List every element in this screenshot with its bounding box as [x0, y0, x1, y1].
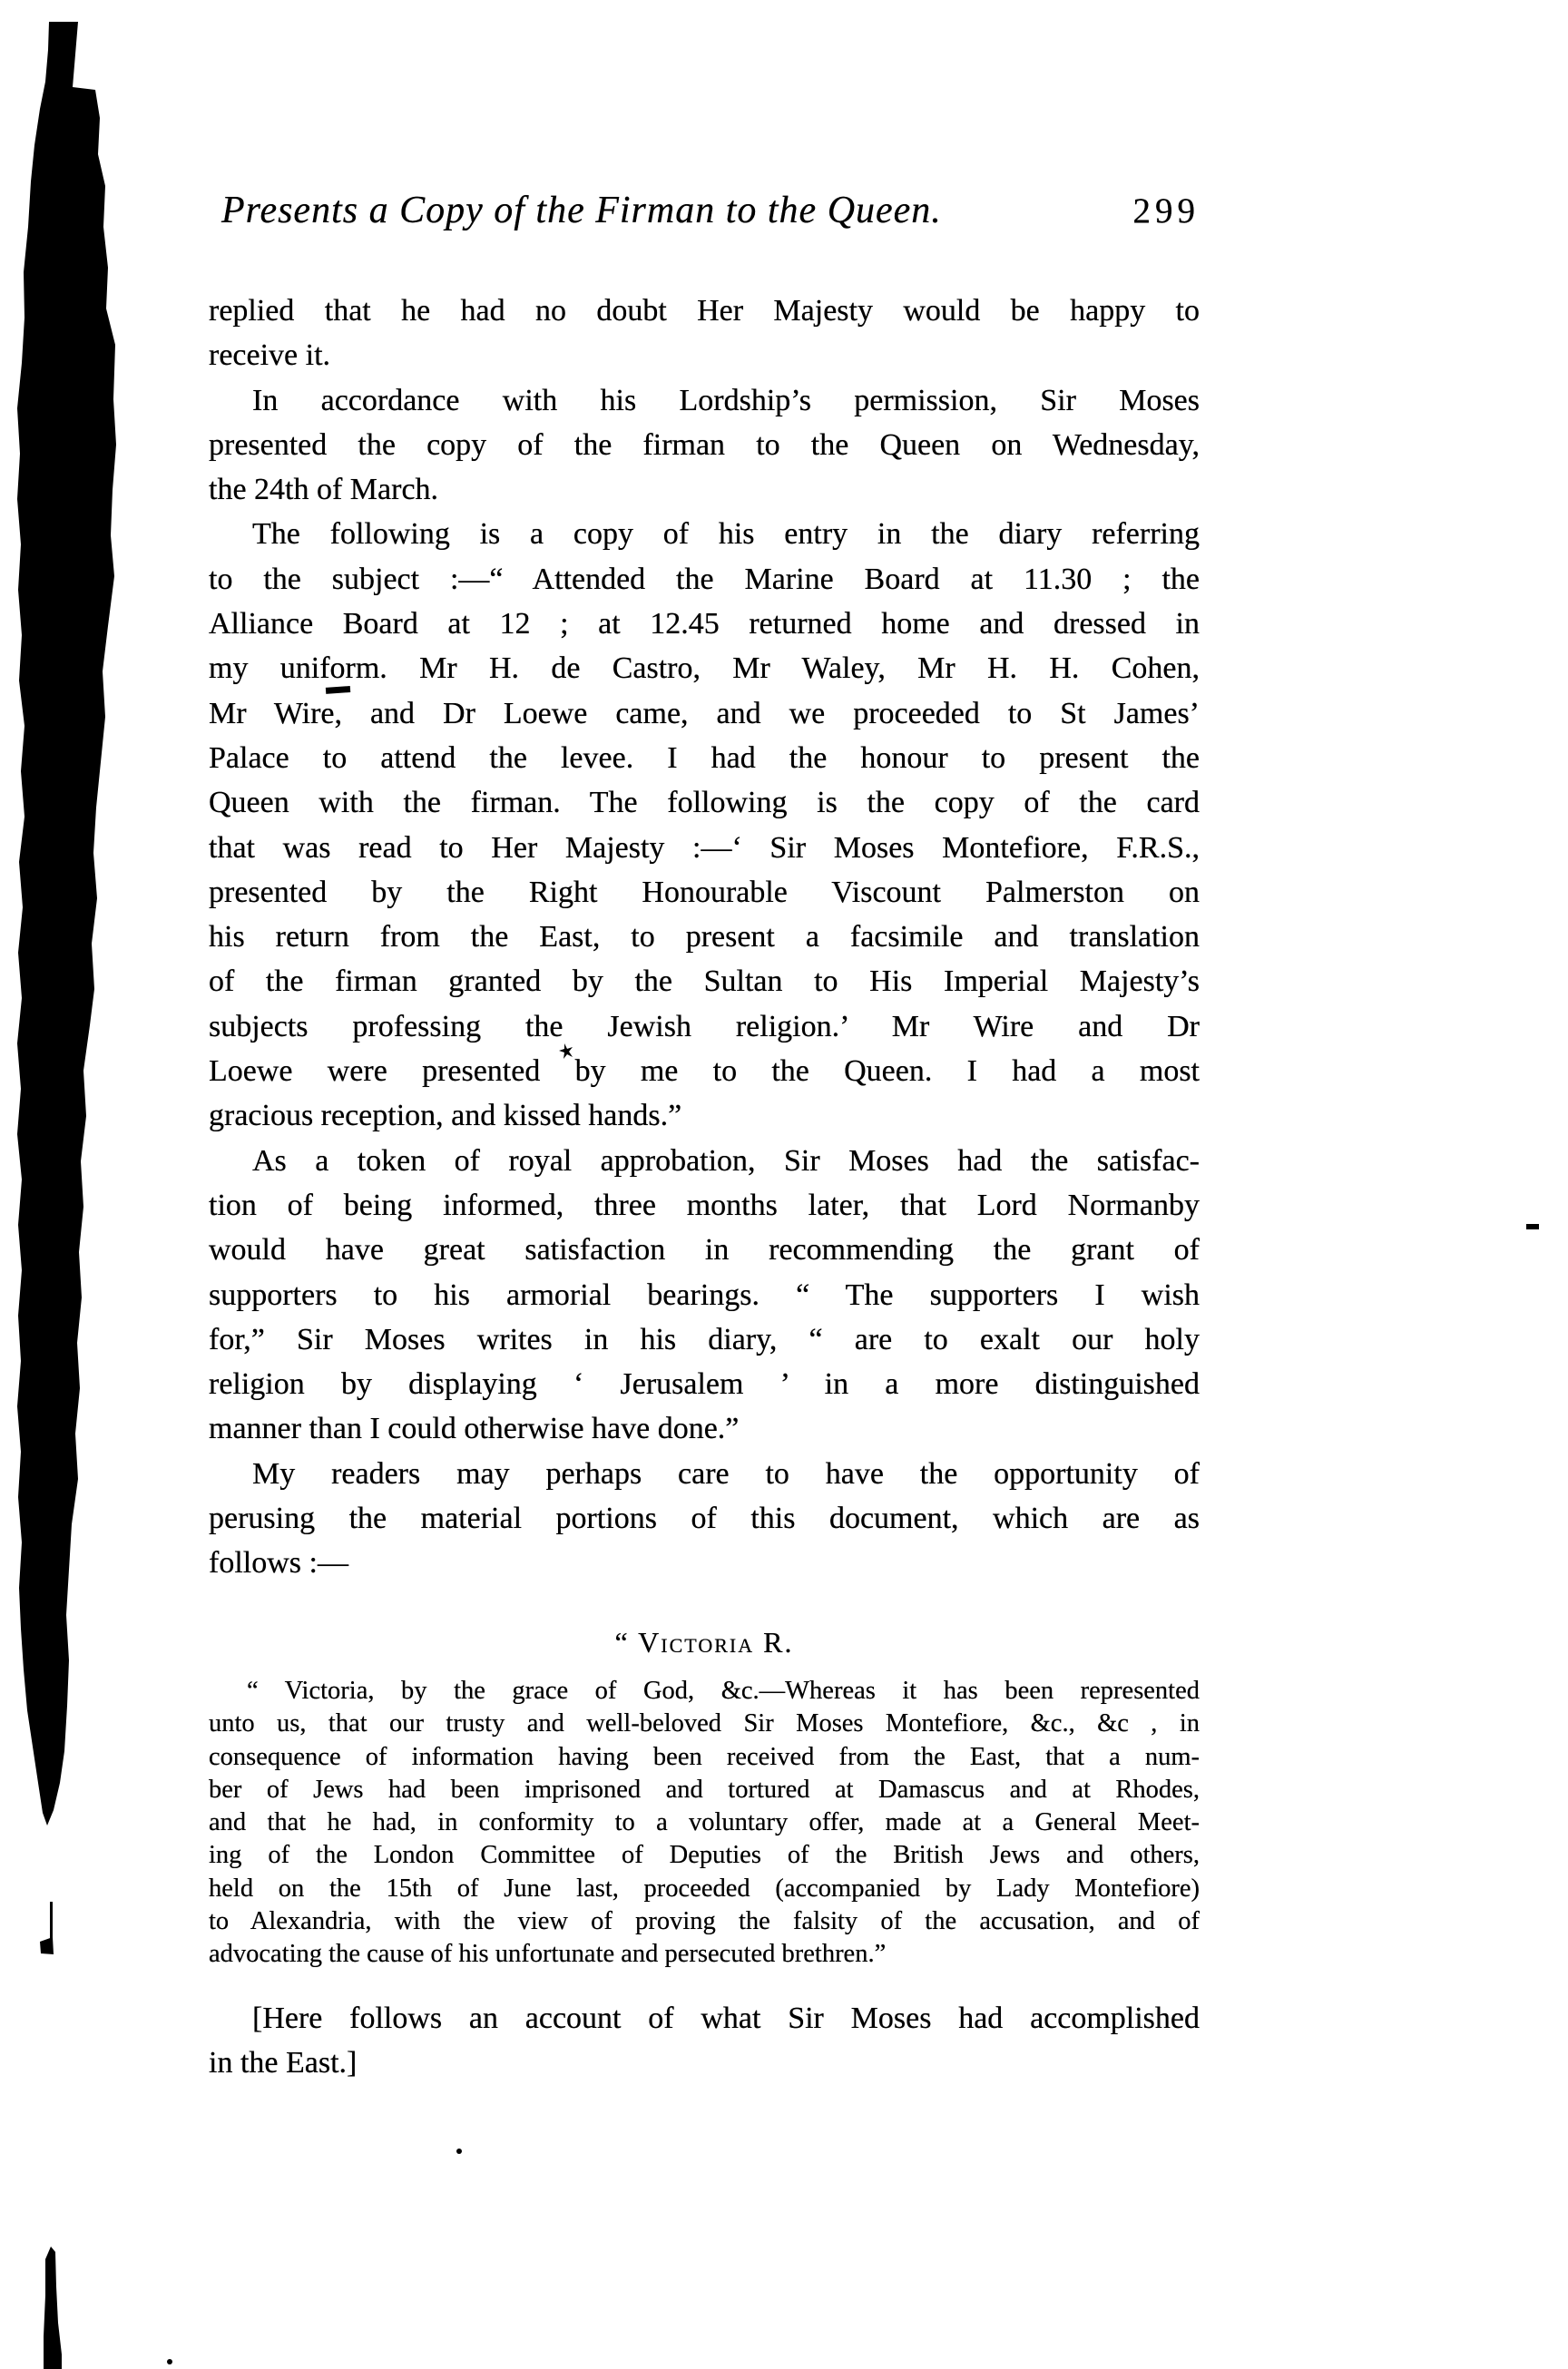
ink-line-artifact: [40, 1902, 54, 1954]
dot-artifact-center: [456, 2149, 462, 2154]
text-line: my uniform. Mr H. de Castro, Mr Waley, M…: [209, 646, 1200, 690]
text-line: religion by displaying ‘ Jerusalem ’ in …: [209, 1362, 1200, 1406]
page-number: 299: [1133, 191, 1200, 231]
text-line: tion of being informed, three months lat…: [209, 1183, 1200, 1228]
text-line: My readers may perhaps care to have the …: [209, 1452, 1200, 1496]
text-line: Mr Wire, and Dr Loewe came, and we proce…: [209, 691, 1200, 736]
text-line: presented the copy of the firman to the …: [209, 423, 1200, 467]
text-line: Queen with the firman. The following is …: [209, 780, 1200, 825]
text-line: manner than I could otherwise have done.…: [209, 1406, 1200, 1451]
text-line: supporters to his armorial bearings. “ T…: [209, 1273, 1200, 1317]
text-line: and that he had, in conformity to a volu…: [209, 1806, 1200, 1839]
text-line: gracious reception, and kissed hands.”: [209, 1093, 1200, 1138]
text-line: replied that he had no doubt Her Majesty…: [209, 289, 1200, 333]
text-line: perusing the material portions of this d…: [209, 1496, 1200, 1541]
text-line: for,” Sir Moses writes in his diary, “ a…: [209, 1317, 1200, 1362]
body-text: replied that he had no doubt Her Majesty…: [209, 289, 1200, 1586]
text-line: Loewe were presented by me to the Queen.…: [209, 1049, 1200, 1093]
text-line: ing of the London Committee of Deputies …: [209, 1839, 1200, 1872]
text-line: would have great satisfaction in recomme…: [209, 1228, 1200, 1272]
text-line: to Alexandria, with the view of proving …: [209, 1905, 1200, 1938]
text-line: that was read to Her Majesty :—‘ Sir Mos…: [209, 826, 1200, 870]
text-line: in the East.]: [209, 2041, 1200, 2085]
text-line: Palace to attend the levee. I had the ho…: [209, 736, 1200, 780]
dot-artifact-bottom: [167, 2359, 172, 2364]
running-title: Presents a Copy of the Firman to the Que…: [209, 189, 942, 232]
text-line: subjects professing the Jewish religion.…: [209, 1004, 1200, 1049]
text-line: of the firman granted by the Sultan to H…: [209, 959, 1200, 1003]
ink-stain-left-edge: [17, 22, 116, 1826]
text-line: In accordance with his Lordship’s permis…: [209, 378, 1200, 423]
proclamation-text: “ Victoria, by the grace of God, &c.—Whe…: [209, 1675, 1200, 1972]
text-line: presented by the Right Honourable Viscou…: [209, 870, 1200, 915]
text-line: held on the 15th of June last, proceeded…: [209, 1873, 1200, 1905]
text-line: to the subject :—“ Attended the Marine B…: [209, 557, 1200, 602]
proclamation-heading: “ Victoria R.: [209, 1626, 1200, 1659]
text-line: “ Victoria, by the grace of God, &c.—Whe…: [209, 1675, 1200, 1708]
text-line: his return from the East, to present a f…: [209, 915, 1200, 959]
text-line: follows :—: [209, 1541, 1200, 1585]
text-line: As a token of royal approbation, Sir Mos…: [209, 1139, 1200, 1183]
text-line: unto us, that our trusty and well-belove…: [209, 1708, 1200, 1740]
text-line: ber of Jews had been imprisoned and tort…: [209, 1774, 1200, 1806]
text-line: receive it.: [209, 333, 1200, 377]
dash-artifact-right-margin: [1526, 1224, 1539, 1229]
text-line: the 24th of March.: [209, 467, 1200, 512]
closing-text: [Here follows an account of what Sir Mos…: [209, 1996, 1200, 2085]
text-line: [Here follows an account of what Sir Mos…: [209, 1996, 1200, 2041]
text-line: consequence of information having been r…: [209, 1741, 1200, 1774]
ink-stain-bottom: [44, 2247, 62, 2369]
text-line: The following is a copy of his entry in …: [209, 512, 1200, 556]
text-line: advocating the cause of his unfortunate …: [209, 1938, 1200, 1971]
text-line: Alliance Board at 12 ; at 12.45 returned…: [209, 602, 1200, 646]
scanned-book-page: Presents a Copy of the Firman to the Que…: [0, 0, 1568, 2369]
page-header: Presents a Copy of the Firman to the Que…: [209, 189, 1200, 232]
